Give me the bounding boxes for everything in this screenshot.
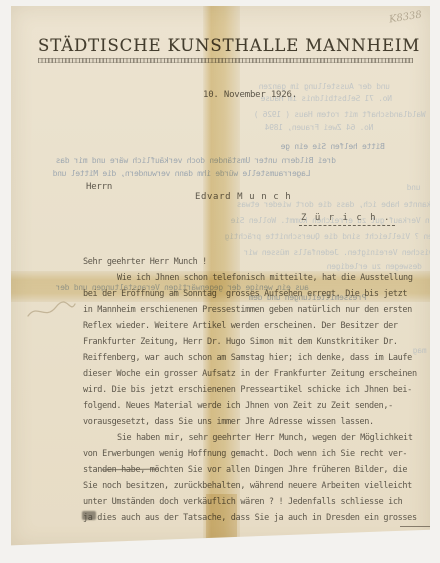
typed-letter-line: Wie ich Jhnen schon telefonisch mitteilt… [83, 270, 435, 286]
letter-paper-sheet: und der Ausstellung im ganzenNo. 71 Selb… [11, 6, 430, 547]
typed-letter-line: Sie noch besitzen, zurückbehalten, währe… [83, 478, 435, 494]
pencil-archive-number: K8338 [388, 9, 422, 25]
scanned-letter-photo: { "letterhead": { "title": "STÄDTISCHE K… [0, 0, 440, 563]
typed-letter-line: von Erwerbungen wenig Hoffnung gemacht. … [83, 446, 435, 462]
typed-letter-line: bei der Eröffnung am Sonntag grosses Auf… [83, 286, 435, 302]
pencil-squiggle-annotation [25, 294, 79, 328]
recipient-name: Edvard M u n c h [195, 192, 291, 202]
paragraph-2: Sie haben mir, sehr geehrter Herr Munch,… [83, 430, 435, 526]
typed-letter-line: Frankfurter Zeitung, Herr Dr. Hugo Simon… [83, 334, 435, 350]
typed-letter-line: standen habe, möchten Sie vor allen Ding… [83, 462, 435, 478]
ghost-bleedthrough-line: Bitte helfen Sie ein ge [281, 142, 385, 151]
typed-letter-line: Sie haben mir, sehr geehrter Herr Munch,… [83, 430, 435, 446]
ghost-bleedthrough-line: auch farbige Mappen ? Vielleicht sind di… [225, 232, 440, 241]
ghost-bleedthrough-line: No. 71 Waldlandschaft mit rotem Haus ( 1… [254, 110, 440, 119]
typed-letter-line: Reflex wieder. Weitere Artikel werden er… [83, 318, 435, 334]
paragraph-1: Wie ich Jhnen schon telefonisch mitteilt… [83, 270, 435, 430]
letterhead-title: STÄDTISCHE KUNSTHALLE MANNHEIM [38, 36, 413, 55]
ghost-bleedthrough-line: und [407, 183, 421, 192]
letterhead: STÄDTISCHE KUNSTHALLE MANNHEIM [38, 36, 413, 63]
typed-letter-line: folgend. Neues Material werde ich Jhnen … [83, 398, 435, 414]
recipient-city-underlined: Z ü r i c h . [299, 213, 395, 226]
typed-letter-line: ja dies auch aus der Tatsache, dass Sie … [83, 510, 435, 526]
ghost-bleedthrough-line: No. 64 Zwei Frauen, 1894 [265, 123, 373, 132]
typed-letter-line: wird. Die bis jetzt erschienenen Pressea… [83, 382, 435, 398]
letter-body: Sehr geehrter Herr Munch ! Wie ich Jhnen… [83, 254, 435, 526]
typed-letter-line: dieser Woche ein grosser Aufsatz in der … [83, 366, 435, 382]
ghost-bleedthrough-line: Lagerraumstelle würde ihm dann verwunder… [53, 169, 310, 178]
recipient-prefix: Herrn [86, 182, 112, 192]
salutation-line: Sehr geehrter Herr Munch ! [83, 254, 435, 270]
letterhead-decorative-rule [38, 58, 413, 63]
typed-letter-line: unter Umständen doch verkäuflich wären ?… [83, 494, 435, 510]
ghost-bleedthrough-line: drei Bildern unter Umständen doch verkäu… [56, 156, 336, 165]
date-line: 10. November 1926. [203, 90, 297, 100]
typed-letter-line: vorausgesetzt, dass Sie uns immer Jhre A… [83, 414, 435, 430]
typed-letter-line: in Mannheim erschienenen Pressestimmen g… [83, 302, 435, 318]
typed-letter-line: Reiffenberg, war auch schon am Samstag h… [83, 350, 435, 366]
